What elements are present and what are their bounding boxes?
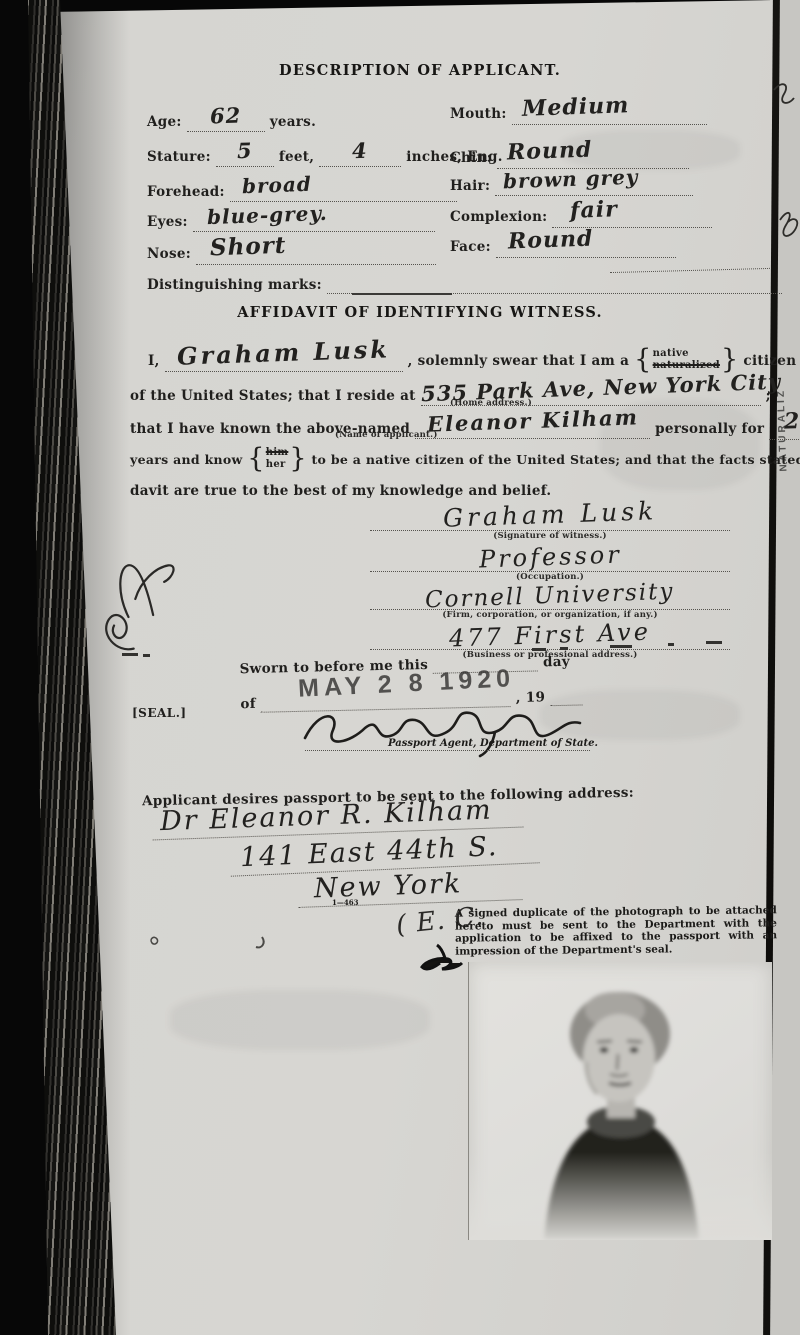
witness-signature-line: Graham Lusk <box>370 500 730 531</box>
mouth-label: Mouth: <box>450 106 507 122</box>
mouth-value: Medium <box>521 92 629 122</box>
distinguishing-marks-line <box>327 277 782 294</box>
section-divider-rule <box>352 293 452 295</box>
brace-open: { <box>634 346 651 373</box>
seal-label: [SEAL.] <box>132 706 187 720</box>
affidavit-line1-end: citizen <box>743 353 796 369</box>
mouth-line: Medium <box>512 98 707 125</box>
pen-dash <box>706 641 722 644</box>
age-value: 62 <box>210 102 242 128</box>
name-of-applicant-caption: (Name of applicant.) <box>335 430 438 440</box>
brace-open: { <box>247 445 264 472</box>
firm-caption: (Firm, corporation, or organization, if … <box>370 610 730 620</box>
affidavit-line1-pre: I, <box>148 353 160 369</box>
affidavit-line1-mid: , solemnly swear that I am a <box>408 353 630 369</box>
description-title: DESCRIPTION OF APPLICANT. <box>150 62 690 79</box>
stature-label: Stature: <box>147 149 211 165</box>
chin-line: Round <box>497 142 689 169</box>
hair-line: brown grey <box>495 171 693 196</box>
edge-pen-scribbles <box>770 70 800 310</box>
affidavit-title: AFFIDAVIT OF IDENTIFYING WITNESS. <box>140 304 700 321</box>
hair-label: Hair: <box>450 178 490 194</box>
distinguishing-marks-label: Distinguishing marks: <box>147 277 322 293</box>
bracket-her: her <box>266 459 289 471</box>
eyes-line: blue-grey. <box>193 207 435 232</box>
applicant-name-line: Eleanor Kilham <box>415 413 650 439</box>
scanned-passport-application-page: NATURALIZ DESCRIPTION OF APPLICANT. Age:… <box>0 0 800 1335</box>
bracket-him: him <box>266 447 289 459</box>
complexion-label: Complexion: <box>450 209 547 225</box>
stature-inches-value: 4 <box>352 138 368 164</box>
stature-feet-line: 5 <box>216 141 274 167</box>
stray-pen-marks <box>140 925 470 985</box>
pen-dash <box>532 648 546 651</box>
age-value-line: 62 <box>187 106 265 132</box>
witness-signature: Graham Lusk <box>442 496 657 532</box>
complexion-value: fair <box>570 196 619 224</box>
pen-dash <box>143 654 150 657</box>
home-address-caption: (Home address.) <box>450 398 532 408</box>
native-naturalized-bracket: {nativenaturalized} <box>634 346 738 373</box>
years-known-line: 20 <box>769 413 800 440</box>
forehead-label: Forehead: <box>147 184 225 200</box>
marks-line-extension <box>610 268 770 273</box>
face-line: Round <box>496 231 676 258</box>
eyes-value: blue-grey. <box>206 201 327 229</box>
applicant-name-value: Eleanor Kilham <box>426 404 639 436</box>
nose-line: Short <box>196 237 436 265</box>
stature-inches-line: 4 <box>319 141 401 167</box>
pen-dash <box>122 653 138 656</box>
agent-signature-scribble <box>295 698 595 758</box>
affidavit-line3-mid: personally for <box>655 421 764 437</box>
bracket-naturalized: naturalized <box>653 360 720 372</box>
bleed-through-smudge <box>170 990 430 1050</box>
pen-dash <box>560 647 568 650</box>
brace-close: } <box>289 445 306 472</box>
clerk-initials-scribble <box>61 521 219 680</box>
affidavit-line2-pre: of the United States; that I reside at <box>130 388 416 404</box>
stature-feet-word: feet, <box>279 149 314 165</box>
years-known-value: 20 <box>784 407 800 434</box>
hair-value: brown grey <box>503 165 639 194</box>
sworn-line1-end: day <box>543 654 570 671</box>
chin-value: Round <box>507 137 593 166</box>
age-label: Age: <box>147 114 182 130</box>
nose-value: Short <box>210 232 287 262</box>
signature-of-witness-caption: (Signature of witness.) <box>370 531 730 541</box>
affidavit-line5: davit are true to the best of my knowled… <box>130 483 551 499</box>
face-value: Round <box>507 226 593 255</box>
witness-name-line: Graham Lusk <box>165 342 403 372</box>
witness-name-signature: Graham Lusk <box>177 334 391 370</box>
pen-dash <box>610 645 632 648</box>
face-label: Face: <box>450 239 491 255</box>
photo-duplicate-note: A signed duplicate of the photograph to … <box>455 904 778 958</box>
nose-label: Nose: <box>147 246 191 262</box>
chin-label: Chin: <box>450 150 492 166</box>
him-her-bracket: {himher} <box>247 445 307 472</box>
forehead-line: broad <box>230 177 457 202</box>
applicant-portrait <box>469 962 772 1240</box>
stature-feet-value: 5 <box>237 138 253 164</box>
form-number: 1—463 <box>332 898 358 907</box>
occupation-caption: (Occupation.) <box>370 572 730 582</box>
complexion-line: fair <box>552 201 712 228</box>
affidavit-line4-mid: to be a native citizen of the United Sta… <box>311 452 800 467</box>
firm-line: Cornell University <box>370 583 730 610</box>
bracket-native: native <box>653 348 720 360</box>
applicant-photograph <box>468 962 772 1240</box>
occupation-value: Professor <box>478 541 622 574</box>
pen-dash <box>668 643 674 646</box>
sworn-line2-pre: of <box>240 696 256 712</box>
eyes-label: Eyes: <box>147 214 188 230</box>
passport-agent-caption: Passport Agent, Department of State. <box>388 738 598 749</box>
business-address-line: 477 First Ave <box>370 621 730 650</box>
agent-signature-line <box>305 750 590 751</box>
age-suffix: years. <box>270 114 316 130</box>
occupation-line: Professor <box>370 543 730 572</box>
brace-close: } <box>721 346 738 373</box>
forehead-value: broad <box>241 172 312 198</box>
firm-value: Cornell University <box>425 579 675 614</box>
affidavit-line4-pre: years and know <box>130 452 243 467</box>
